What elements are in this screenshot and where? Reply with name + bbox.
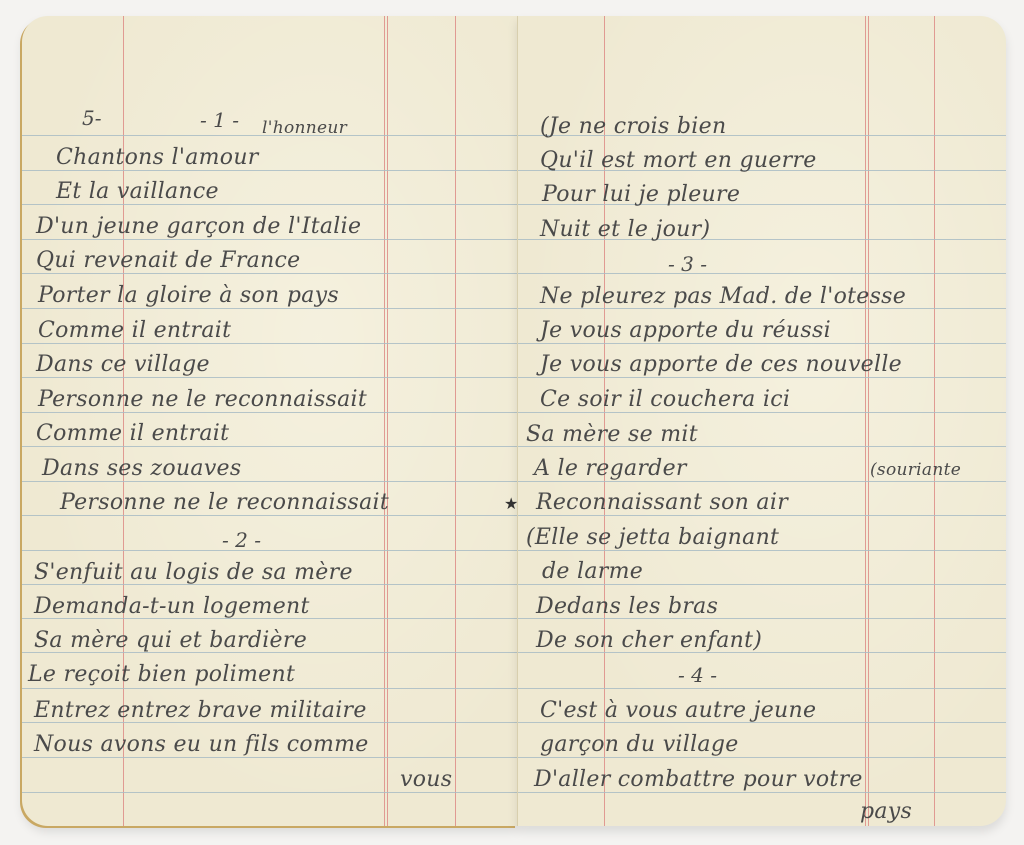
ruled-line xyxy=(518,481,1006,482)
ruled-line xyxy=(518,343,1006,344)
text-line: Entrez entrez brave militaire xyxy=(34,700,367,722)
text-line: Demanda-t-un logement xyxy=(34,596,310,618)
right-page: (Je ne crois bien Qu'il est mort en guer… xyxy=(517,16,1006,826)
text-line: De son cher enfant) xyxy=(536,630,762,652)
text-line: C'est à vous autre jeune xyxy=(540,700,816,722)
ruled-line xyxy=(518,515,1006,516)
margin-line xyxy=(865,16,866,826)
text-line: Chantons l'amour xyxy=(56,147,259,169)
text-line: (Je ne crois bien xyxy=(540,116,726,138)
text-line: Sa mère se mit xyxy=(526,424,698,446)
margin-note: (souriante xyxy=(870,462,961,479)
ruled-line xyxy=(518,584,1006,585)
text-line: Dans ce village xyxy=(36,354,210,376)
ruled-line xyxy=(22,757,517,758)
text-line: Dedans les bras xyxy=(536,596,718,618)
ruled-line xyxy=(22,792,517,793)
ruled-line xyxy=(22,446,517,447)
text-line: D'aller combattre pour votre xyxy=(534,769,863,791)
text-line: Et la vaillance xyxy=(56,181,219,203)
text-line: Qui revenait de France xyxy=(36,250,300,272)
ruled-line xyxy=(22,273,517,274)
text-line: Comme il entrait xyxy=(36,423,229,445)
ruled-line xyxy=(22,515,517,516)
text-line: Je vous apporte de ces nouvelle xyxy=(540,354,902,376)
text-line: Ce soir il couchera ici xyxy=(540,389,790,411)
asterisk-mark-icon: ★ xyxy=(504,494,517,513)
text-line: Ne pleurez pas Mad. de l'otesse xyxy=(540,286,906,308)
margin-line xyxy=(868,16,869,826)
left-page: 5- - 1 - l'honneur Chantons l'amour Et l… xyxy=(22,16,517,826)
ruled-line xyxy=(518,377,1006,378)
verse-label: - 1 - xyxy=(200,108,239,132)
text-line: Reconnaissant son air xyxy=(536,492,788,514)
verse-label: - 2 - xyxy=(222,528,261,552)
text-line: D'un jeune garçon de l'Italie xyxy=(36,216,361,238)
text-line: Sa mère qui et bardière xyxy=(34,630,307,652)
verse-label: - 4 - xyxy=(678,663,717,687)
text-line: Qu'il est mort en guerre xyxy=(540,150,817,172)
text-line: Personne ne le reconnaissait xyxy=(38,389,367,411)
text-line: Dans ses zouaves xyxy=(42,458,241,480)
ruled-line xyxy=(22,343,517,344)
margin-line xyxy=(384,16,385,826)
text-line: pays xyxy=(860,801,912,823)
ruled-line xyxy=(22,550,517,551)
ruled-line xyxy=(518,550,1006,551)
margin-line xyxy=(934,16,935,826)
ruled-line xyxy=(22,239,517,240)
notebook-spread: 5- - 1 - l'honneur Chantons l'amour Et l… xyxy=(0,0,1024,845)
text-line: S'enfuit au logis de sa mère xyxy=(34,562,353,584)
text-line: Comme il entrait xyxy=(38,320,231,342)
text-line: vous xyxy=(400,769,452,791)
insertion-note: l'honneur xyxy=(262,120,347,137)
ruled-line xyxy=(518,688,1006,689)
text-line: Nous avons eu un fils comme xyxy=(34,734,369,756)
page-number: 5- xyxy=(82,106,101,130)
text-line: A le regarder xyxy=(534,458,687,480)
margin-line xyxy=(455,16,456,826)
text-line: garçon du village xyxy=(540,734,739,756)
text-line: Le reçoit bien poliment xyxy=(28,664,295,686)
text-line: de larme xyxy=(542,561,643,583)
ruled-line xyxy=(22,170,517,171)
text-line: Pour lui je pleure xyxy=(542,184,740,206)
text-line: Personne ne le reconnaissait xyxy=(60,492,389,514)
ruled-line xyxy=(22,377,517,378)
ruled-line xyxy=(22,688,517,689)
ruled-line xyxy=(518,757,1006,758)
text-line: Nuit et le jour) xyxy=(540,219,710,241)
margin-line xyxy=(387,16,388,826)
ruled-line xyxy=(22,308,517,309)
ruled-line xyxy=(22,412,517,413)
verse-label: - 3 - xyxy=(668,252,707,276)
ruled-line xyxy=(518,412,1006,413)
text-line: Je vous apporte du réussi xyxy=(540,320,831,342)
text-line: Porter la gloire à son pays xyxy=(38,285,339,307)
ruled-line xyxy=(518,792,1006,793)
text-line: (Elle se jetta baignant xyxy=(526,527,779,549)
ruled-line xyxy=(22,204,517,205)
ruled-line xyxy=(518,273,1006,274)
ruled-line xyxy=(22,481,517,482)
